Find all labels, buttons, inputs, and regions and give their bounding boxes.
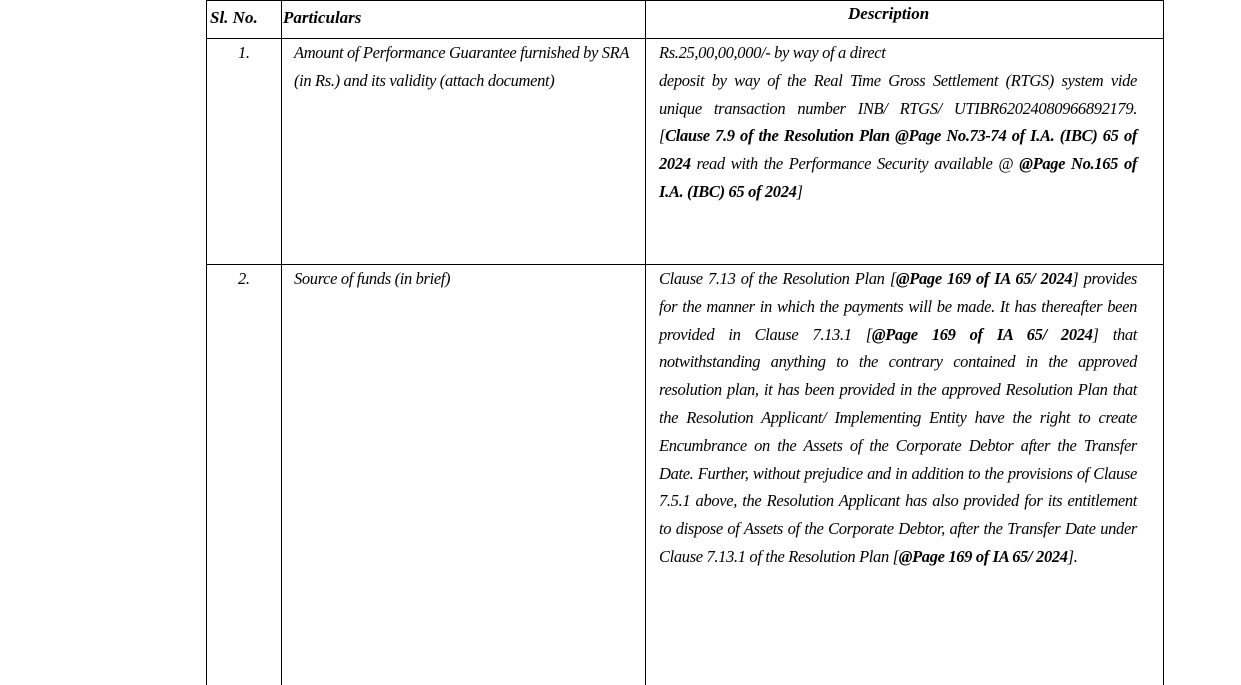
header-particulars: Particulars [283, 8, 361, 28]
row1-description-line1: Rs.25,00,00,000/- by way of a direct [659, 39, 1137, 67]
table-left-border [206, 0, 207, 685]
header-description: Description [848, 4, 929, 24]
header-sl-no: Sl. No. [210, 8, 258, 28]
document-table: Sl. No. Particulars Description 1. Amoun… [206, 0, 1164, 685]
col-divider-2 [645, 0, 646, 685]
row1-description: Rs.25,00,00,000/- by way of a direct dep… [659, 39, 1137, 206]
row2-description: Clause 7.13 of the Resolution Plan [@Pag… [659, 265, 1137, 571]
row2-sl-no: 2. [238, 265, 250, 293]
row1-description-body: deposit by way of the Real Time Gross Se… [659, 67, 1137, 206]
col-divider-1 [281, 0, 282, 685]
row1-sl-no: 1. [238, 39, 250, 67]
table-top-border [206, 0, 1164, 1]
row1-particulars: Amount of Performance Guarantee furnishe… [294, 39, 646, 95]
row2-particulars: Source of funds (in brief) [294, 265, 646, 293]
table-right-border [1163, 0, 1164, 685]
